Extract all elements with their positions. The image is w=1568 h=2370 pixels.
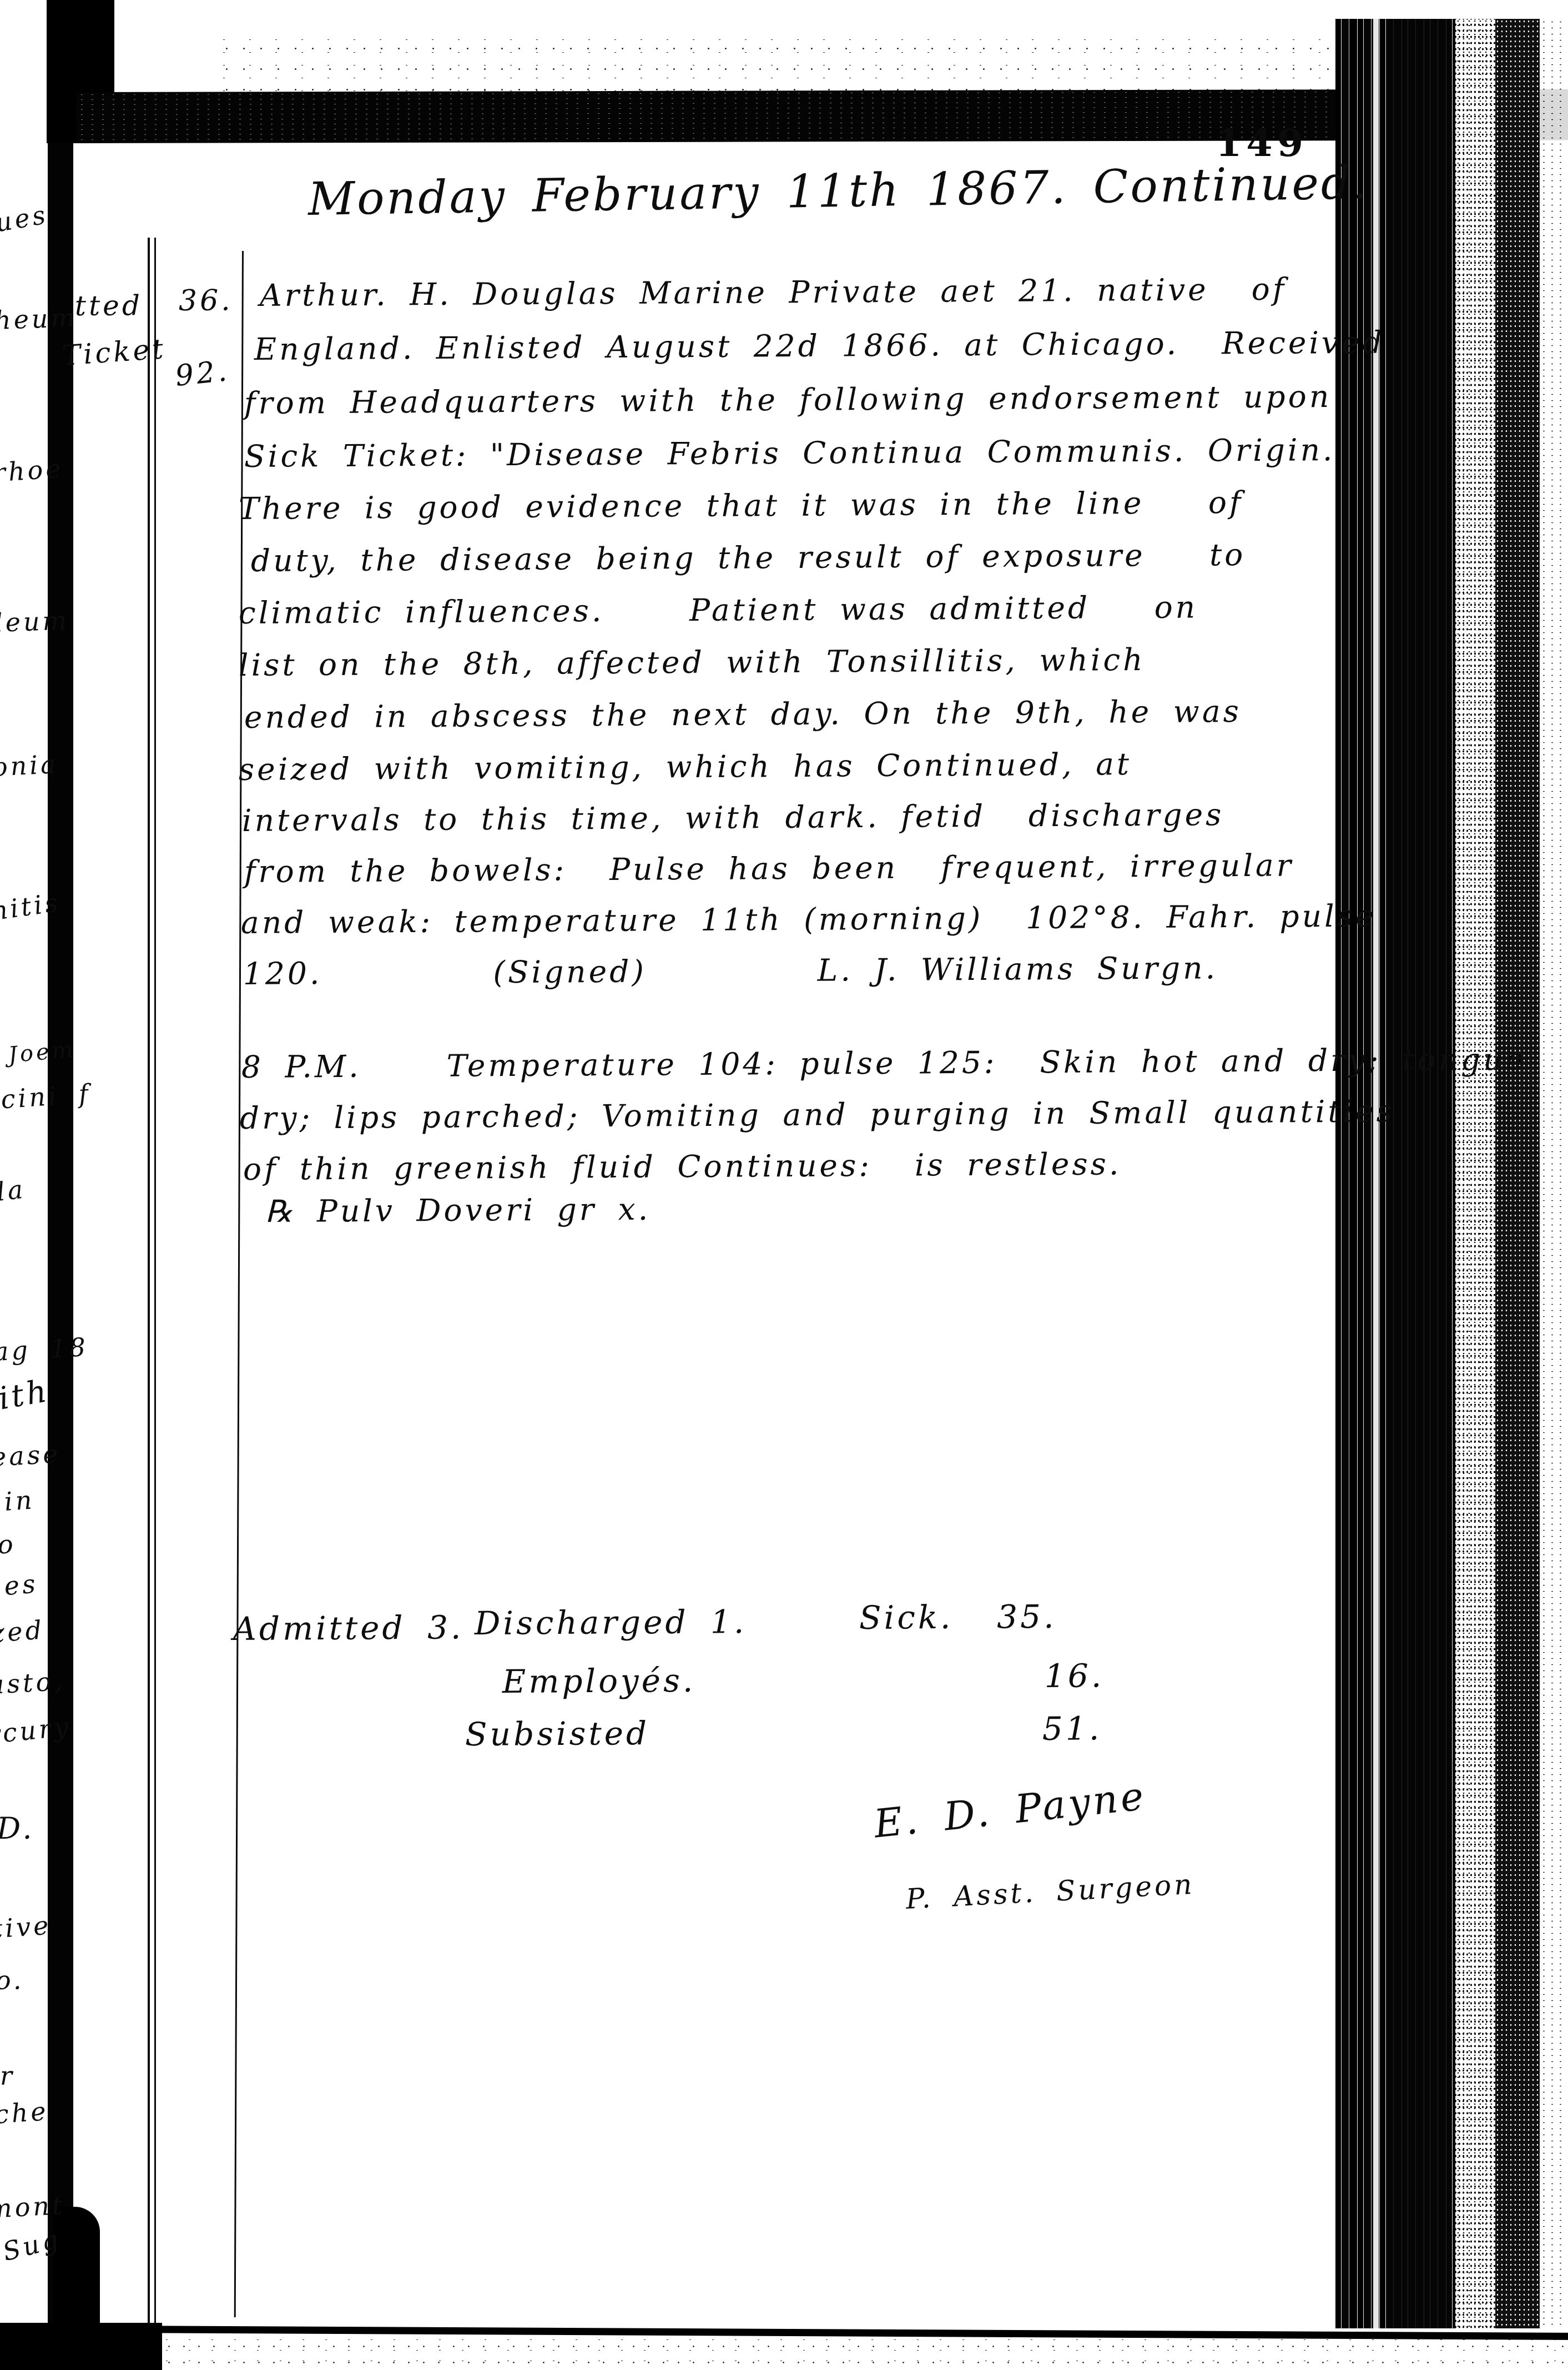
entry-line: and weak: temperature 11th (morning) 102…: [241, 898, 1377, 940]
entry-line: There is good evidence that it was in th…: [239, 485, 1244, 526]
scanned-journal-page: 149 Monday February 11th 1867. Continued…: [0, 0, 1568, 2370]
page-edge-text-fragment: leum: [0, 605, 70, 638]
scan-noise-bottom: [155, 2334, 1568, 2370]
summary-employes-label: Employés.: [502, 1662, 696, 1700]
page-edge-text-fragment: les: [0, 1568, 39, 1602]
margin-rule-line-right: [234, 251, 244, 2317]
page-edge-text-fragment: mont: [0, 2190, 66, 2224]
summary-subsisted-value: 51.: [1042, 1709, 1102, 1748]
prescription-line: ℞ Pulv Doveri gr x.: [265, 1191, 651, 1229]
entry-line: Arthur. H. Douglas Marine Private aet 21…: [260, 271, 1287, 313]
entry-line: England. Enlisted August 22d 1866. at Ch…: [254, 325, 1385, 367]
entry-line: list on the 8th, affected with Tonsillit…: [239, 642, 1146, 683]
page-edges-dark-band: [1390, 19, 1451, 2328]
entry-line: Sick Ticket: "Disease Febris Continua Co…: [244, 432, 1335, 474]
page-edge-text-fragment: heum: [0, 303, 78, 335]
entry-line: 120. (Signed) L. J. Williams Surgn.: [243, 950, 1218, 992]
entry-line: from Headquarters with the following end…: [244, 379, 1332, 421]
page-edge-text-fragment: icini f: [0, 1078, 92, 1115]
book-fore-edge: [1335, 19, 1568, 2328]
margin-rule-line-left: [148, 238, 150, 2326]
page-edge-text-fragment: ues: [0, 199, 51, 238]
evening-note-line: dry; lips parched; Vomiting and purging …: [240, 1093, 1395, 1136]
entry-date-heading: Monday February 11th 1867. Continued.: [307, 157, 1369, 226]
page-edge-text-fragment: r: [0, 2061, 15, 2091]
page-edges-white-streak: [1373, 19, 1379, 2328]
entry-line: ended in abscess the next day. On the 9t…: [244, 693, 1242, 735]
surgeon-signature-title: P. Asst. Surgeon: [905, 1868, 1195, 1915]
entry-line: intervals to this time, with dark. fetid…: [242, 797, 1224, 838]
entry-line: from the bowels: Pulse has been frequent…: [244, 847, 1294, 889]
evening-note-line: 8 P.M. Temperature 104: pulse 125: Skin …: [241, 1041, 1527, 1085]
page-edge-text-fragment: ease: [0, 1438, 62, 1472]
evening-note-line: of thin greenish fluid Continues: is res…: [243, 1146, 1122, 1187]
page-edge-text-fragment: la: [0, 1174, 27, 1207]
page-edges-stipple-dark: [1495, 19, 1540, 2328]
case-number-admitted: 36.: [179, 284, 233, 318]
page-edge-text-fragment: ag 18: [0, 1332, 89, 1367]
entry-line: duty, the disease being the result of ex…: [251, 537, 1246, 578]
margin-note-ticket: Ticket: [61, 333, 167, 372]
page-edge-text-fragment: tive: [0, 1910, 52, 1944]
margin-rule-line-left-double: [154, 238, 156, 2326]
scan-noise-top: [211, 33, 1354, 92]
entry-line: climatic influences. Patient was admitte…: [239, 589, 1198, 631]
page-edge-text-fragment: rhoe: [0, 453, 64, 488]
page-edge-text-fragment: o.: [0, 1965, 24, 1995]
page-edge-text-fragment: zed: [0, 1614, 46, 1648]
page-edge-text-fragment: in: [3, 1485, 36, 1517]
page-edge-text-fragment: ith: [0, 1373, 52, 1417]
summary-discharged: Discharged 1.: [475, 1603, 747, 1642]
summary-employes-value: 16.: [1045, 1657, 1105, 1695]
page-edge-text-fragment: asto,: [0, 1666, 65, 1700]
page-edge-text-fragment: onia: [0, 749, 59, 782]
margin-note-admitted: tted: [75, 289, 143, 322]
entry-line: seized with vomiting, which has Continue…: [239, 746, 1132, 787]
page-edges-stipple-light: [1455, 19, 1495, 2328]
page-edge-text-fragment: D.: [0, 1811, 35, 1846]
surgeon-signature: E. D. Payne: [872, 1773, 1148, 1847]
case-number-register: 92.: [174, 354, 231, 393]
summary-subsisted-label: Subsisted: [465, 1714, 649, 1753]
summary-sick: Sick. 35.: [859, 1598, 1057, 1637]
page-edges-outer-speckle: [1540, 19, 1568, 2328]
page-edge-text-fragment: che: [0, 2096, 49, 2130]
summary-admitted: Admitted 3.: [233, 1608, 464, 1648]
page-edge-text-fragment: o: [0, 1529, 16, 1559]
